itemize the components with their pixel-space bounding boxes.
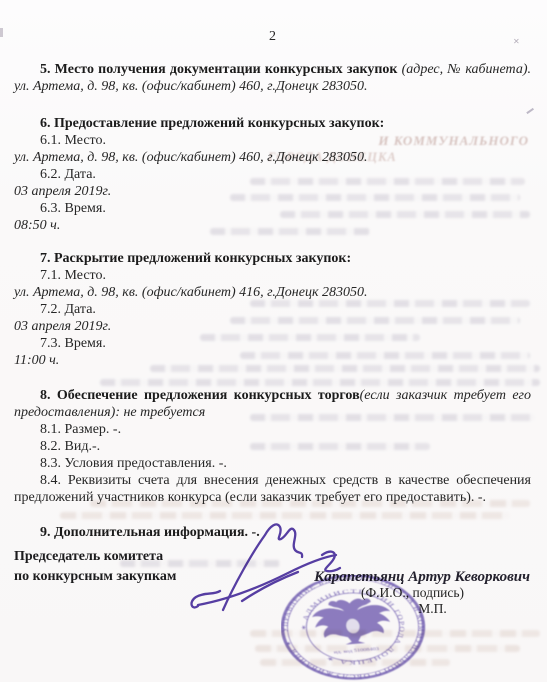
stamp-code-text: ид. код 51008403 [334,647,380,655]
section-7-item-value: 03 апреля 2019г. [14,318,531,335]
double-headed-eagle-emblem [310,596,395,647]
signer-role-line2: по конкурсным закупкам [14,567,176,587]
signer-role: Председатель комитета по конкурсным заку… [14,547,176,587]
section-7-item-label: 7.1. Место. [14,267,531,284]
section-7-item-label: 7.3. Время. [14,335,531,352]
section-7-item-value: 11:00 ч. [14,352,531,369]
document-body: 2 5. Место получения документации конкур… [14,28,531,541]
section-6-item-label: 6.1. Место. [14,132,531,149]
scan-speck: ✕ [513,33,520,50]
page-number: 2 [14,28,531,45]
section-8-item: 8.3. Условия предоставления. -. [14,455,531,472]
document-page: И КОММУНАЛЬНОГО ГОРОДА ДОНЕЦКА ✕ 2 5. Ме… [0,0,547,682]
signature-stroke [192,591,220,607]
section-6-heading: 6. Предоставление предложений конкурсных… [14,115,531,132]
section-8-paragraph: 8. Обеспечение предложения конкурсных то… [14,387,531,421]
section-5-title: 5. Место получения документации конкурсн… [40,62,397,77]
section-6-item-label: 6.3. Время. [14,200,531,217]
section-7-heading: 7. Раскрытие предложений конкурсных заку… [14,250,531,267]
signer-role-line1: Председатель комитета [14,547,176,567]
section-8-item: 8.2. Вид.-. [14,438,531,455]
official-stamp: УПРАВЛЕНИЕ БЛАГОУСТРОЙСТВА И КОММУНАЛЬНО… [281,575,431,682]
section-6-item-value: 08:50 ч. [14,217,531,234]
section-7-item-label: 7.2. Дата. [14,301,531,318]
section-5-paragraph: 5. Место получения документации конкурсн… [14,61,531,95]
section-6-item-value: 03 апреля 2019г. [14,183,531,200]
section-7-item-value: ул. Артема, д. 98, кв. (офис/кабинет) 41… [14,284,531,301]
section-8-item: 8.4. Реквизиты счета для внесения денежн… [14,472,531,506]
section-8-item: 8.1. Размер. -. [14,421,531,438]
section-8-value: : не требуется [115,405,205,420]
section-6-item-value: ул. Артема, д. 98, кв. (офис/кабинет) 46… [14,149,531,166]
scan-speck [0,28,3,37]
section-6-item-label: 6.2. Дата. [14,166,531,183]
section-8-title: 8. Обеспечение предложения конкурсных то… [40,388,360,403]
signature-stroke [322,552,340,572]
